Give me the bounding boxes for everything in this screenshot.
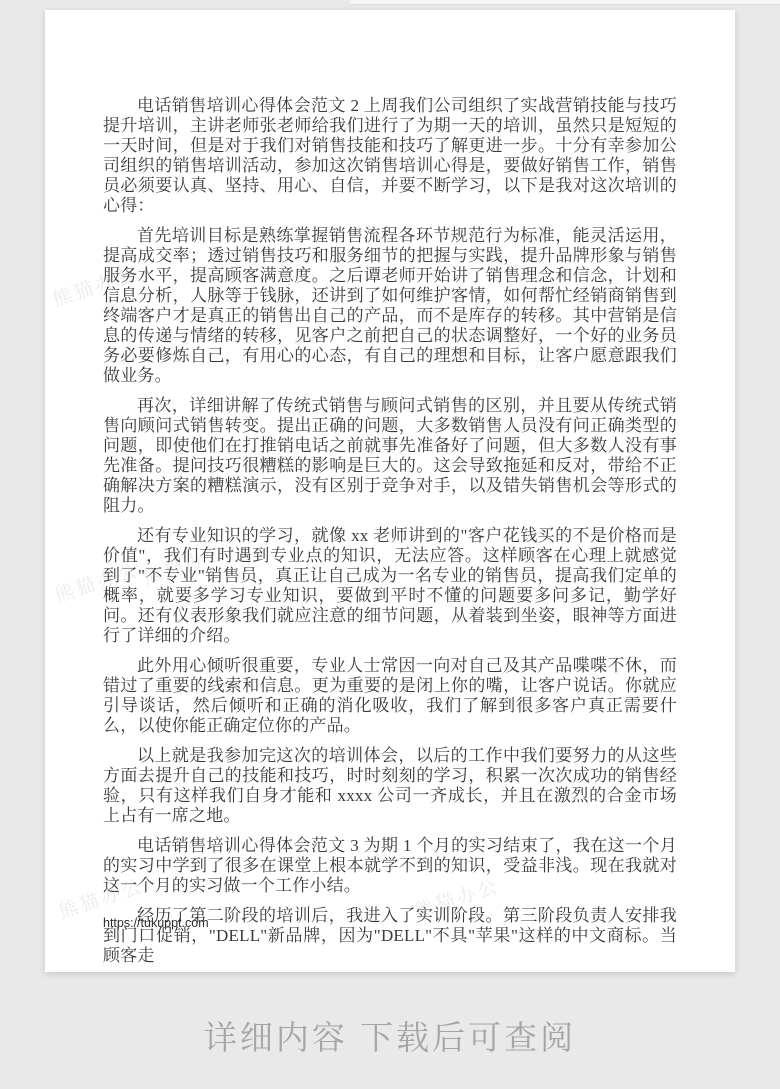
previous-page-edge	[350, 0, 780, 5]
paragraph-6: 以上就是我参加完这次的培训体会，以后的工作中我们要努力的从这些方面去提升自己的技…	[103, 746, 677, 826]
paragraph-7: 电话销售培训心得体会范文 3 为期 1 个月的实习结束了，我在这一个月的实习中学…	[103, 836, 677, 896]
footer-url: https://tukuppt.com	[103, 916, 209, 930]
paragraph-8: 经历了第二阶段的培训后，我进入了实训阶段。第三阶段负责人安排我到门口促销，"DE…	[103, 906, 677, 966]
document-page: 电话销售培训心得体会范文 2 上周我们公司组织了实战营销技能与技巧提升培训，主讲…	[45, 10, 735, 972]
paragraph-1: 电话销售培训心得体会范文 2 上周我们公司组织了实战营销技能与技巧提升培训，主讲…	[103, 96, 677, 216]
paragraph-3: 再次，详细讲解了传统式销售与顾问式销售的区别，并且要从传统式销售向顾问式销售转变…	[103, 396, 677, 516]
paragraph-2: 首先培训目标是熟练掌握销售流程各环节规范行为标准，能灵活运用，提高成交率；透过销…	[103, 226, 677, 386]
paragraph-5: 此外用心倾听很重要，专业人士常因一向对自己及其产品喋喋不休，而错过了重要的线索和…	[103, 656, 677, 736]
bottom-caption-bar: 详细内容 下载后可查阅	[0, 972, 780, 1089]
paragraph-4: 还有专业知识的学习，就像 xx 老师讲到的"客户花钱买的不是价格而是价值"，我们…	[103, 526, 677, 646]
bottom-caption: 详细内容 下载后可查阅	[204, 1012, 576, 1059]
